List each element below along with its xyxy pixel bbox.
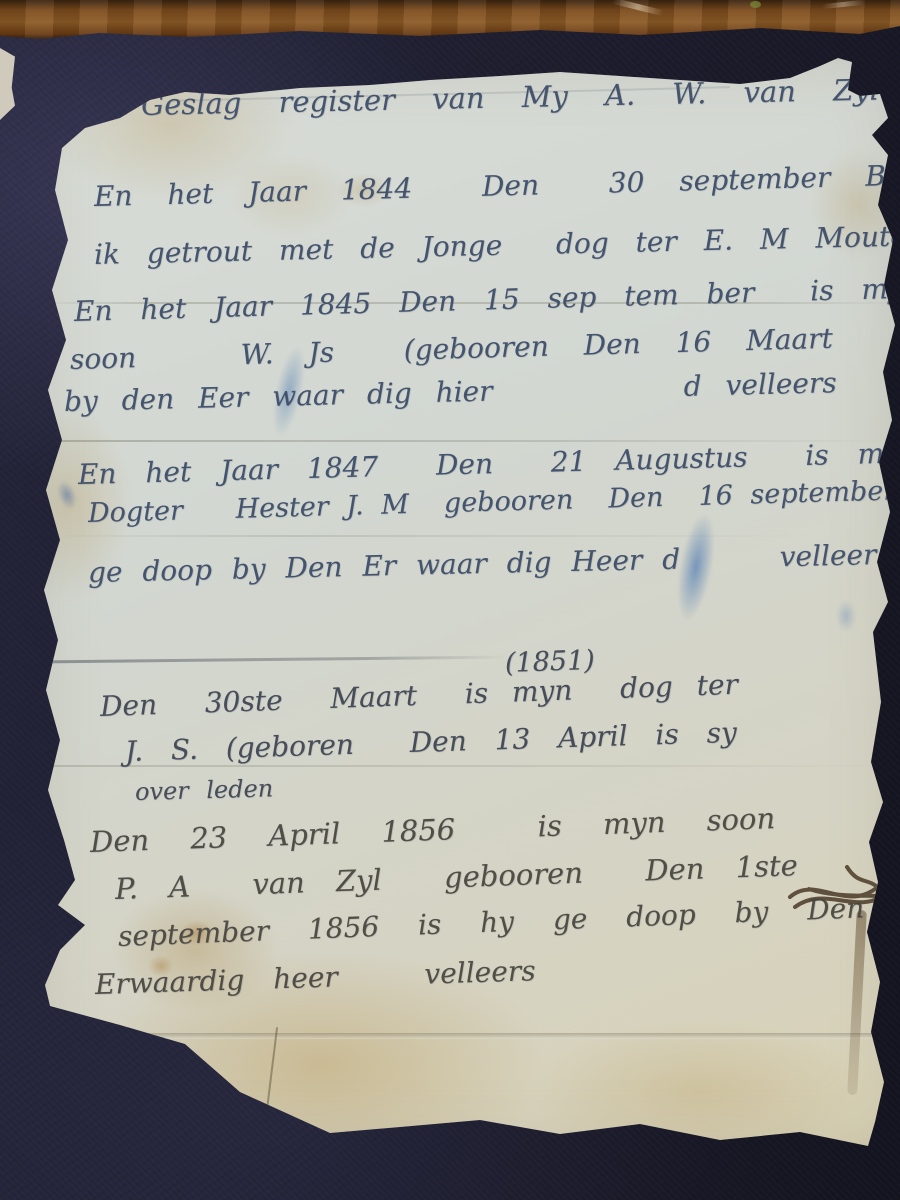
handwritten-line: Erwaardig heer velleers bbox=[94, 954, 536, 1001]
ink-smudge bbox=[836, 600, 856, 632]
handwritten-line: Den 30ste Maart is myn dog ter bbox=[99, 668, 738, 723]
wood-scratch bbox=[822, 0, 864, 9]
handwritten-line: over leden bbox=[135, 774, 274, 806]
handwritten-line: ik getrout met de Jonge dog ter E. M Mou… bbox=[94, 219, 900, 271]
handwritten-line: En het Jaar 1845 Den 15 sep tem ber is m… bbox=[74, 271, 900, 328]
document-paper: Geslag register van My A. W. van Zyl En … bbox=[30, 55, 900, 1150]
moss-fleck bbox=[750, 1, 761, 8]
paper-crease bbox=[30, 655, 510, 663]
paper-fragment bbox=[0, 48, 15, 120]
paper-crack bbox=[224, 1095, 245, 1133]
handwritten-line: by den Eer waar dig hier d velleers bbox=[64, 366, 837, 418]
handwritten-line: Den 23 April 1856 is myn soon bbox=[89, 801, 775, 859]
handwritten-line: ge doop by Den Er waar dig Heer d vellee… bbox=[88, 538, 877, 589]
handwritten-line: En het Jaar 1844 Den 30 september Ben bbox=[94, 158, 900, 213]
photo-of-document: Geslag register van My A. W. van Zyl En … bbox=[0, 0, 900, 1200]
ink-drip bbox=[847, 910, 867, 1095]
wood-shelf-edge bbox=[0, 0, 900, 40]
paper-crease bbox=[30, 1033, 900, 1039]
paper-crease bbox=[30, 535, 900, 537]
handwritten-line: J. S. (geboren Den 13 April is sy bbox=[124, 716, 737, 768]
document-title: Geslag register van My A. W. van Zyl bbox=[141, 73, 880, 122]
ink-smudge bbox=[53, 478, 80, 512]
wood-scratch bbox=[612, 0, 664, 16]
paper-crack bbox=[264, 1027, 278, 1126]
